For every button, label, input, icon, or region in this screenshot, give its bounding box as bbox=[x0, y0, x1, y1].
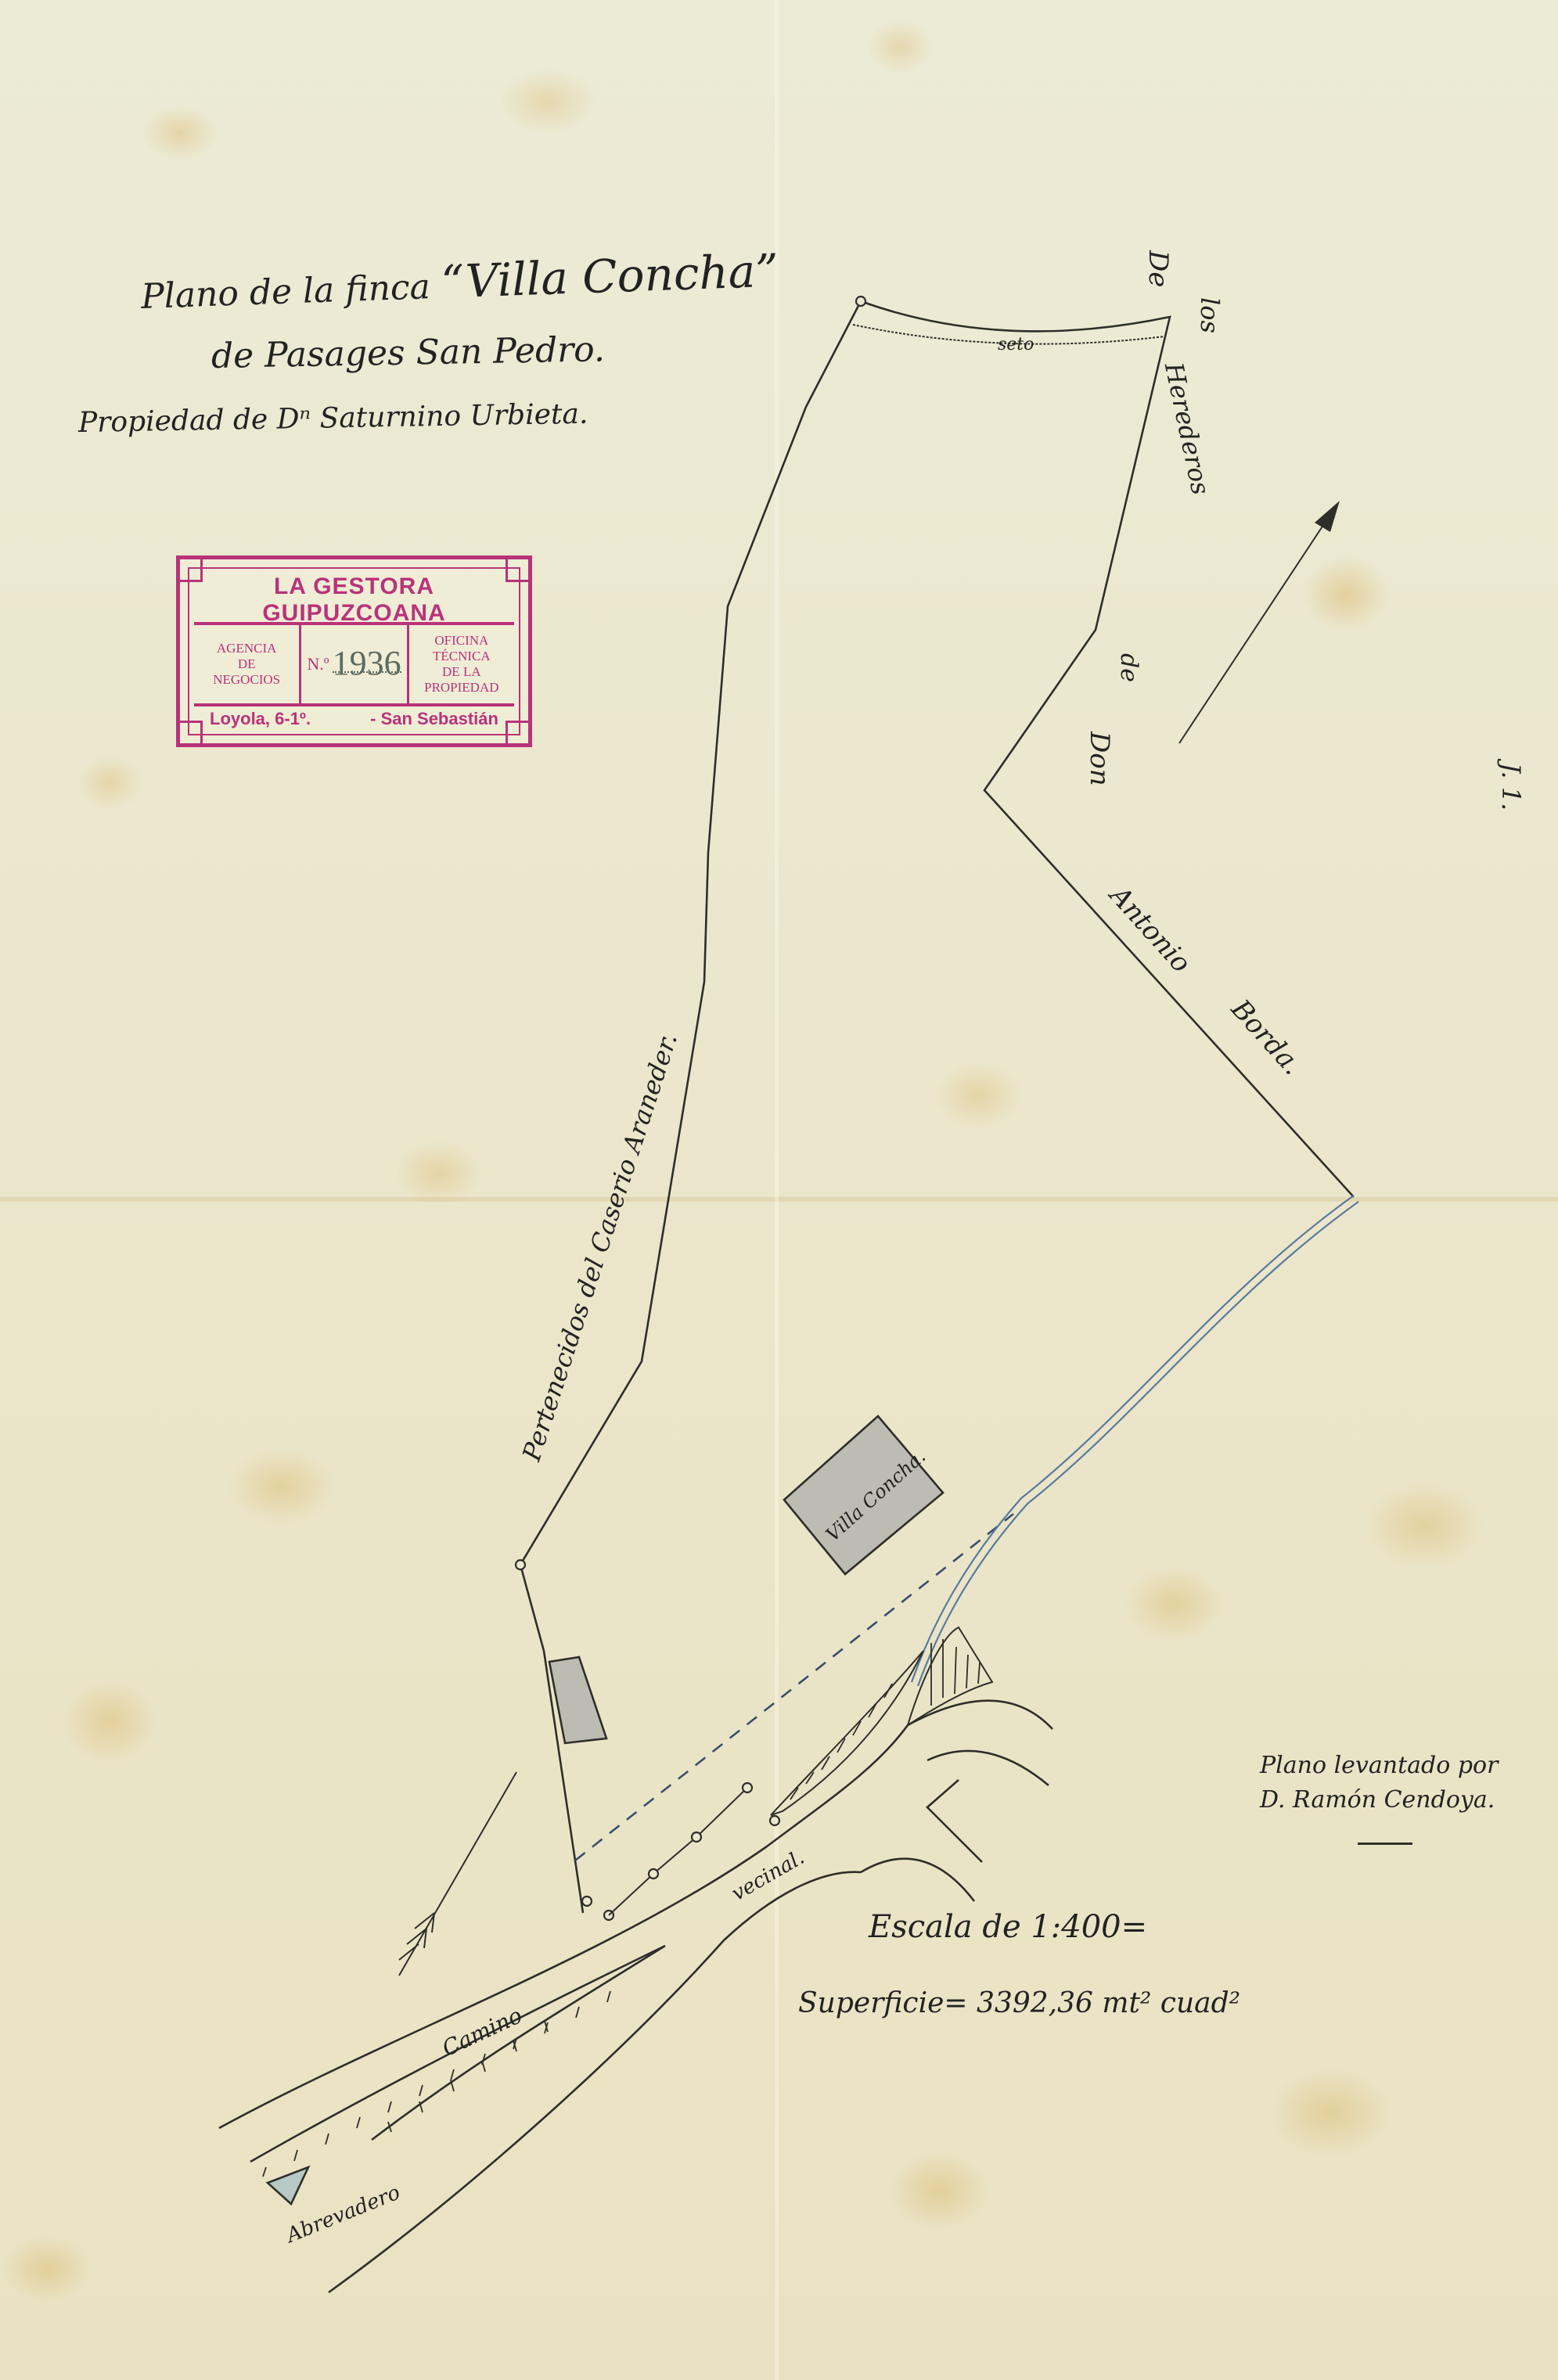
east-neighbor-label-de2: de bbox=[1115, 653, 1142, 682]
road-branch-a bbox=[908, 1701, 1052, 1729]
hedge-label: seto bbox=[998, 335, 1034, 354]
surveyor-name: D. Ramón Cendoya. bbox=[1260, 1783, 1498, 1817]
road-branch-c bbox=[861, 1859, 974, 1901]
road-branch-b bbox=[927, 1751, 1049, 1862]
property-plan-drawing bbox=[0, 0, 1558, 2380]
stream-line-b bbox=[918, 1202, 1358, 1686]
east-neighbor-label-los: los bbox=[1195, 297, 1225, 333]
dike-hatching bbox=[263, 1991, 610, 2177]
surveyor-line-1: Plano levantado por bbox=[1260, 1749, 1498, 1783]
dashed-boundary bbox=[575, 1514, 1013, 1860]
fence-post bbox=[743, 1783, 752, 1792]
fence-post bbox=[692, 1832, 701, 1842]
boundary-vertex bbox=[856, 297, 865, 306]
fence-post bbox=[770, 1816, 779, 1825]
signature-underline bbox=[1358, 1843, 1412, 1845]
boundary-vertex bbox=[582, 1896, 592, 1906]
boundary-vertex bbox=[516, 1560, 525, 1569]
fence-post bbox=[649, 1869, 658, 1878]
east-neighbor-label-de: De bbox=[1142, 250, 1174, 287]
stream-line-a bbox=[912, 1195, 1354, 1682]
outbuilding bbox=[549, 1657, 606, 1743]
slope-outline bbox=[908, 1627, 992, 1725]
tree-symbol-icon bbox=[399, 1772, 516, 1976]
east-neighbor-label-don: Don bbox=[1084, 732, 1115, 786]
fence-line bbox=[609, 1788, 747, 1915]
area-label: Superficie= 3392,36 mt² cuad² bbox=[798, 1987, 1240, 2019]
surveyor-credit: Plano levantado por D. Ramón Cendoya. bbox=[1260, 1749, 1498, 1817]
slope-hatching bbox=[790, 1639, 980, 1799]
margin-note: J. 1. bbox=[1496, 763, 1526, 811]
road-edge-south bbox=[329, 1872, 861, 2292]
watering-trough-pond bbox=[268, 2167, 308, 2204]
north-arrow-icon bbox=[1179, 501, 1340, 743]
scale-label: Escala de 1:400= bbox=[869, 1909, 1147, 1945]
